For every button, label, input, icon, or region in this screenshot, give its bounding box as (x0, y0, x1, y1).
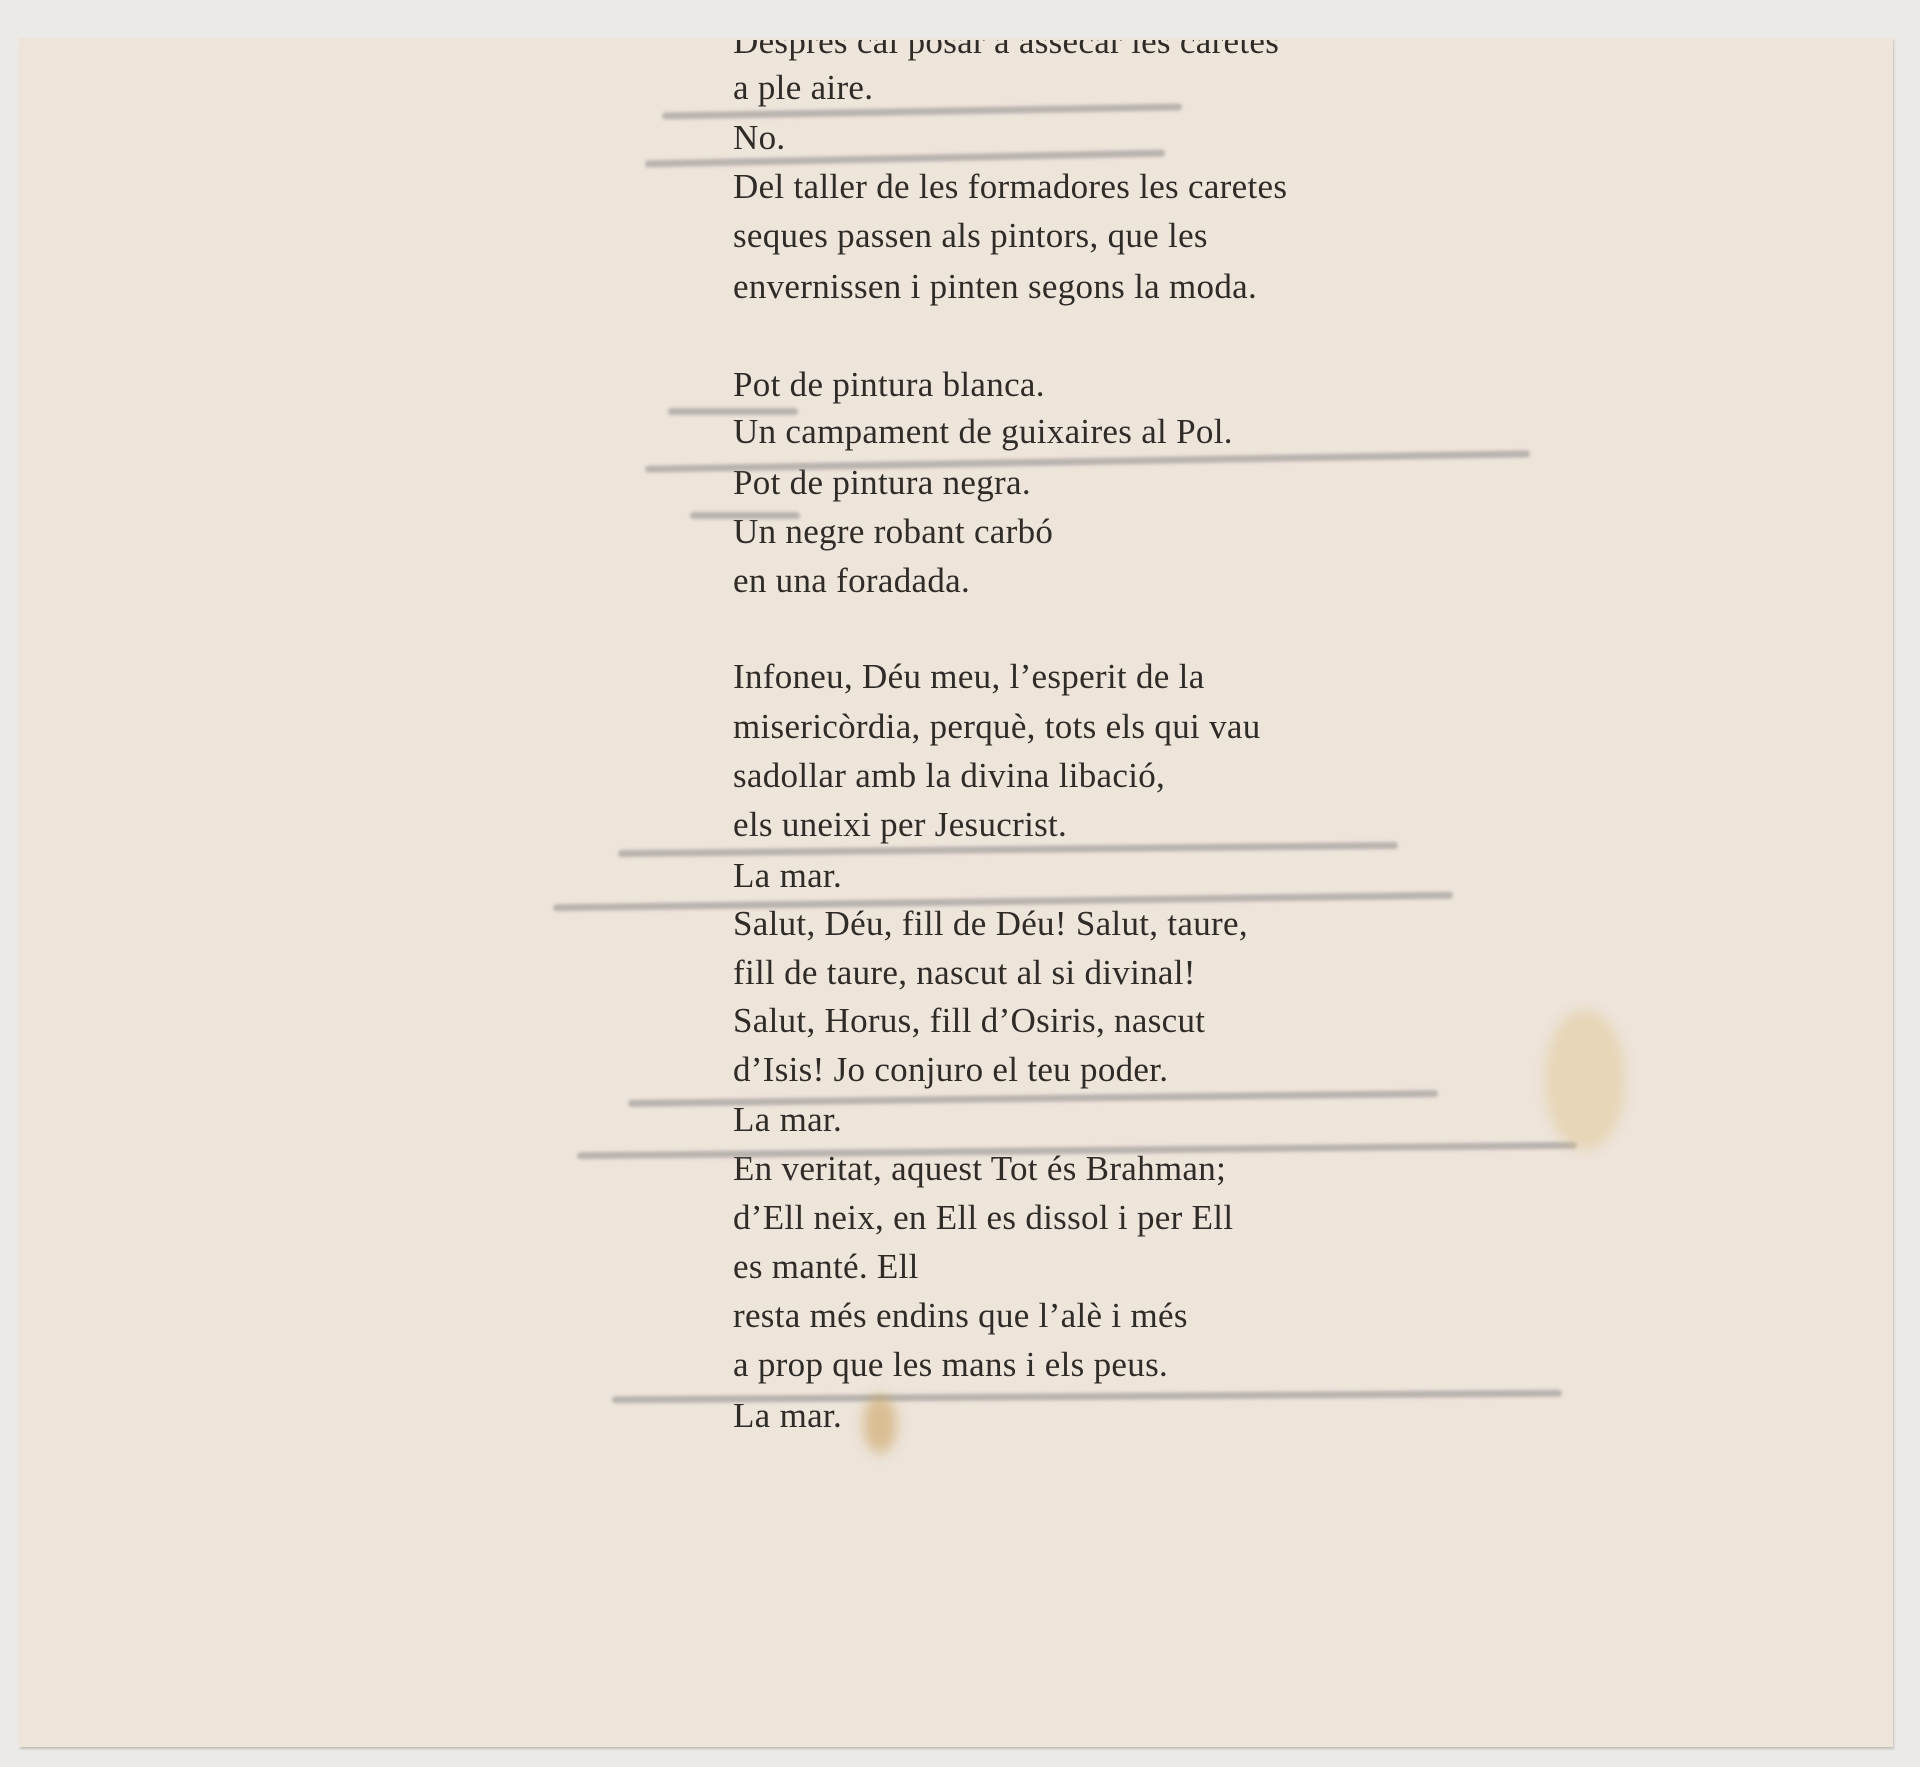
text-line: Salut, Déu, fill de Déu! Salut, taure, (733, 904, 1248, 944)
text-line: La mar. (733, 1100, 842, 1140)
text-line: Pot de pintura blanca. (733, 365, 1045, 405)
text-line: Del taller de les formadores les caretes (733, 167, 1287, 207)
text-line: a prop que les mans i els peus. (733, 1345, 1168, 1385)
text-line: seques passen als pintors, que les (733, 216, 1208, 256)
stain (863, 1395, 897, 1453)
stain (1545, 1010, 1625, 1150)
text-line: envernissen i pinten segons la moda. (733, 267, 1257, 307)
text-line: d’Ell neix, en Ell es dissol i per Ell (733, 1198, 1233, 1238)
pencil-mark (668, 408, 798, 415)
text-line: es manté. Ell (733, 1247, 919, 1287)
text-line: en una foradada. (733, 561, 970, 601)
text-line: sadollar amb la divina libació, (733, 756, 1165, 796)
text-line: a ple aire. (733, 68, 873, 108)
text-line: resta més endins que l’alè i més (733, 1296, 1188, 1336)
text-line: fill de taure, nascut al si divinal! (733, 953, 1196, 993)
text-line: Salut, Horus, fill d’Osiris, nascut (733, 1001, 1205, 1041)
text-line: No. (733, 118, 785, 158)
text-line: Un campament de guixaires al Pol. (733, 412, 1233, 452)
text-line: misericòrdia, perquè, tots els qui vau (733, 707, 1261, 747)
text-line: d’Isis! Jo conjuro el teu poder. (733, 1050, 1168, 1090)
text-line: els uneixi per Jesucrist. (733, 805, 1067, 845)
text-line: Després cal posar a assecar les caretes (733, 22, 1279, 62)
text-line: Infoneu, Déu meu, l’esperit de la (733, 657, 1205, 697)
text-line: La mar. (733, 856, 842, 896)
pencil-mark (690, 512, 800, 519)
